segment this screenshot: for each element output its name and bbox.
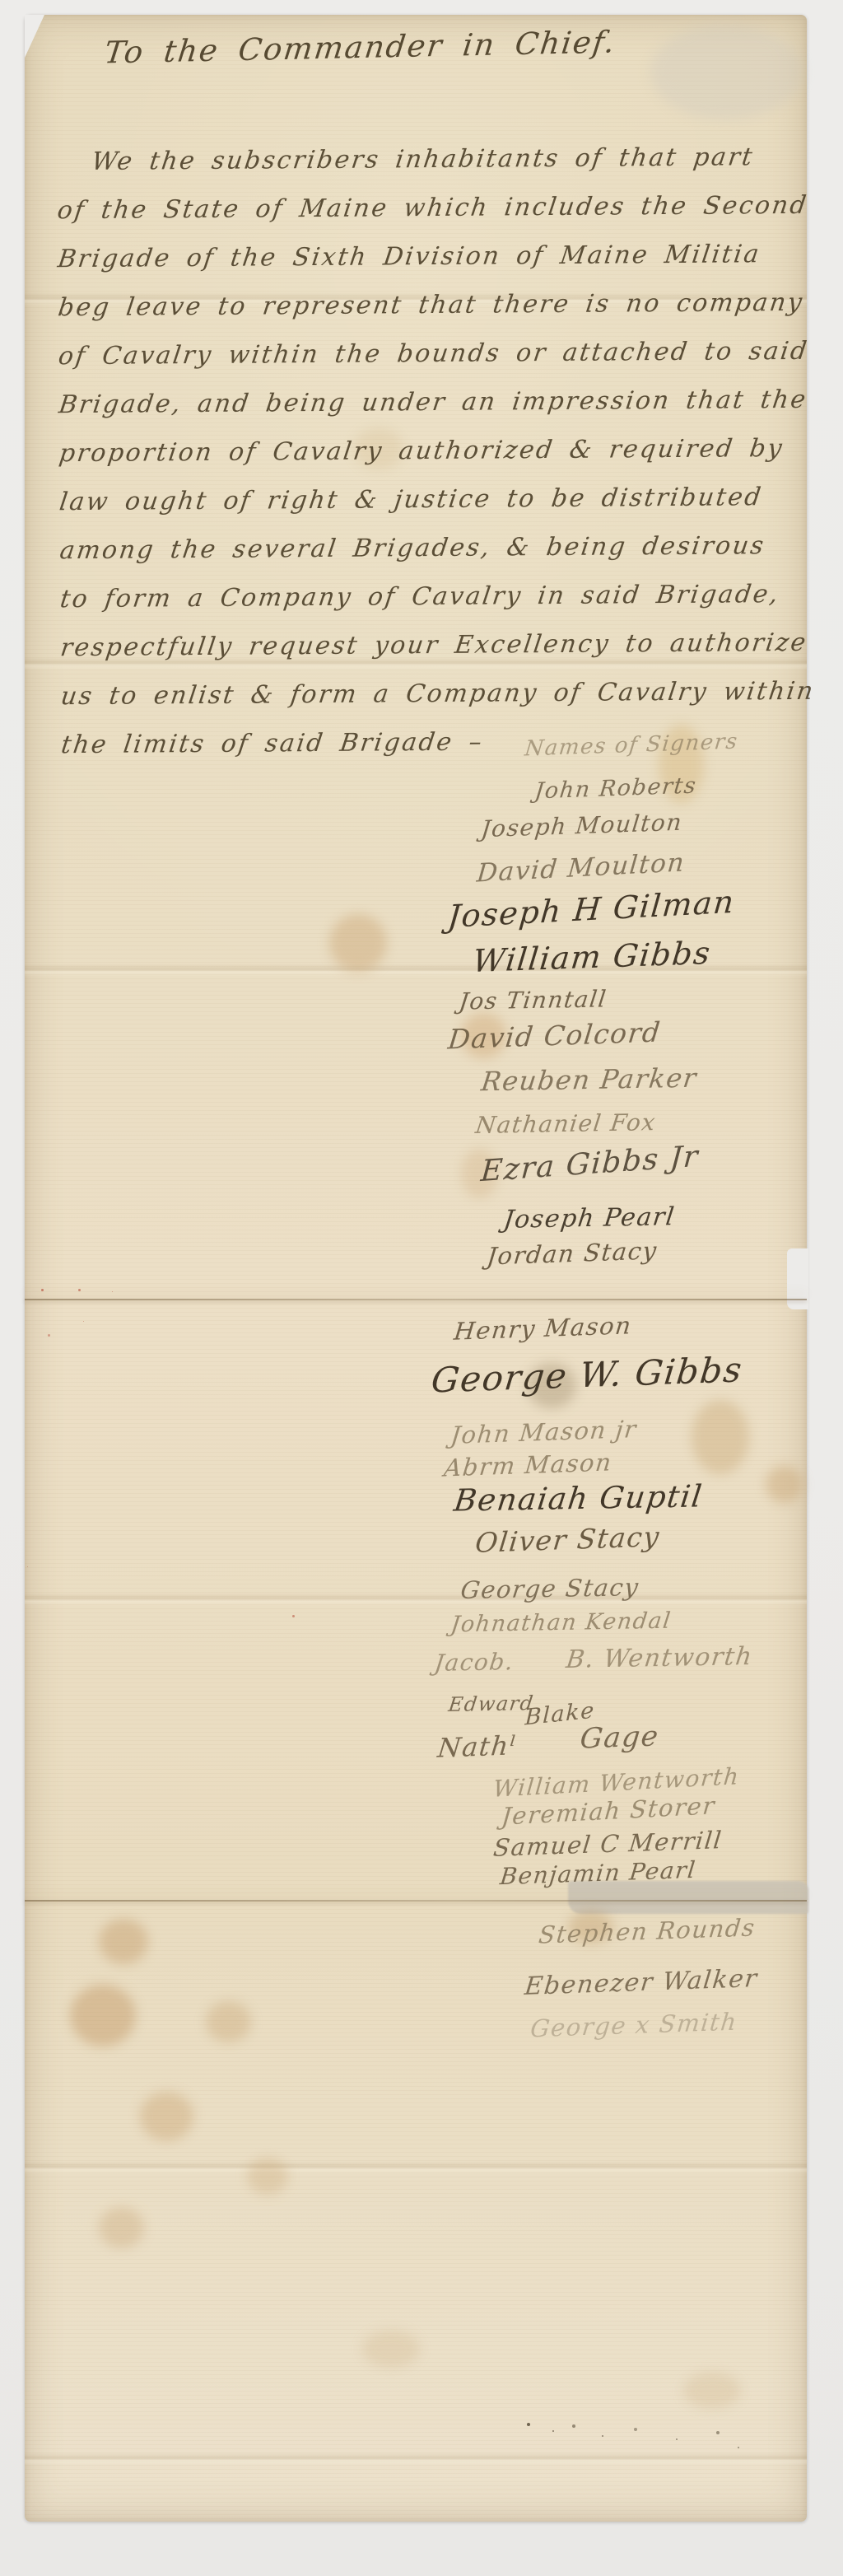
- body-line: among the several Brigades, & being desi…: [57, 521, 817, 575]
- stain: [362, 2331, 420, 2368]
- signature: Jacob.: [433, 1648, 516, 1677]
- stain: [650, 25, 803, 119]
- fold-crease: [25, 2452, 807, 2466]
- signature: Nathaniel Fox: [474, 1108, 658, 1139]
- signature: Benaiah Guptil: [452, 1478, 705, 1518]
- body-line: We the subscribers inhabitants of that p…: [89, 133, 814, 186]
- stain: [683, 2372, 741, 2409]
- stain: [99, 2207, 144, 2248]
- stain: [692, 1400, 749, 1474]
- signature: Abrm Mason: [443, 1448, 614, 1482]
- signature: Edward: [447, 1692, 535, 1716]
- body-line: to form a Company of Cavalry in said Bri…: [57, 570, 817, 623]
- body-line: us to enlist & form a Company of Cavalry…: [58, 667, 817, 721]
- stain: [766, 1466, 803, 1503]
- stain: [247, 2158, 288, 2195]
- fold-crease: [25, 2161, 807, 2174]
- fold-seam: [25, 1900, 807, 1902]
- ink-specks: [527, 2423, 530, 2426]
- signature: Reuben Parker: [479, 1062, 699, 1098]
- body-line: beg leave to represent that there is no …: [55, 278, 815, 332]
- petition-body: We the subscribers inhabitants of that p…: [57, 133, 815, 769]
- body-line: law ought of right & justice to be distr…: [56, 473, 816, 526]
- signature: B. Wentworth: [565, 1642, 755, 1674]
- body-line: respectfully request your Excellency to …: [58, 618, 817, 672]
- fold-seam: [25, 1299, 807, 1300]
- red-pigment-specks: [41, 1289, 44, 1291]
- document-scan: To the Commander in Chief. We the subscr…: [0, 0, 843, 2576]
- stain: [70, 1985, 136, 2046]
- signature: George Stacy: [459, 1573, 641, 1604]
- body-line: of the State of Maine which includes the…: [54, 181, 814, 235]
- body-line: of Cavalry within the bounds or attached…: [55, 327, 815, 380]
- signature: Joseph Pearl: [502, 1202, 678, 1234]
- body-line: Brigade of the Sixth Division of Maine M…: [54, 230, 814, 283]
- signature: Johnathan Kendal: [449, 1608, 673, 1638]
- signature: Jos Tinntall: [458, 985, 608, 1015]
- stain: [329, 914, 387, 972]
- fold-crease: [25, 1593, 807, 1606]
- signature: Oliver Stacy: [473, 1520, 661, 1559]
- body-line: Brigade, and being under an impression t…: [56, 376, 816, 429]
- body-line: proportion of Cavalry authorized & requi…: [56, 424, 816, 478]
- stain: [206, 2001, 251, 2042]
- stain: [99, 1919, 148, 1964]
- signature: Nathˡ: [436, 1729, 519, 1763]
- signature: Gage: [579, 1720, 661, 1755]
- stain: [140, 2092, 193, 2141]
